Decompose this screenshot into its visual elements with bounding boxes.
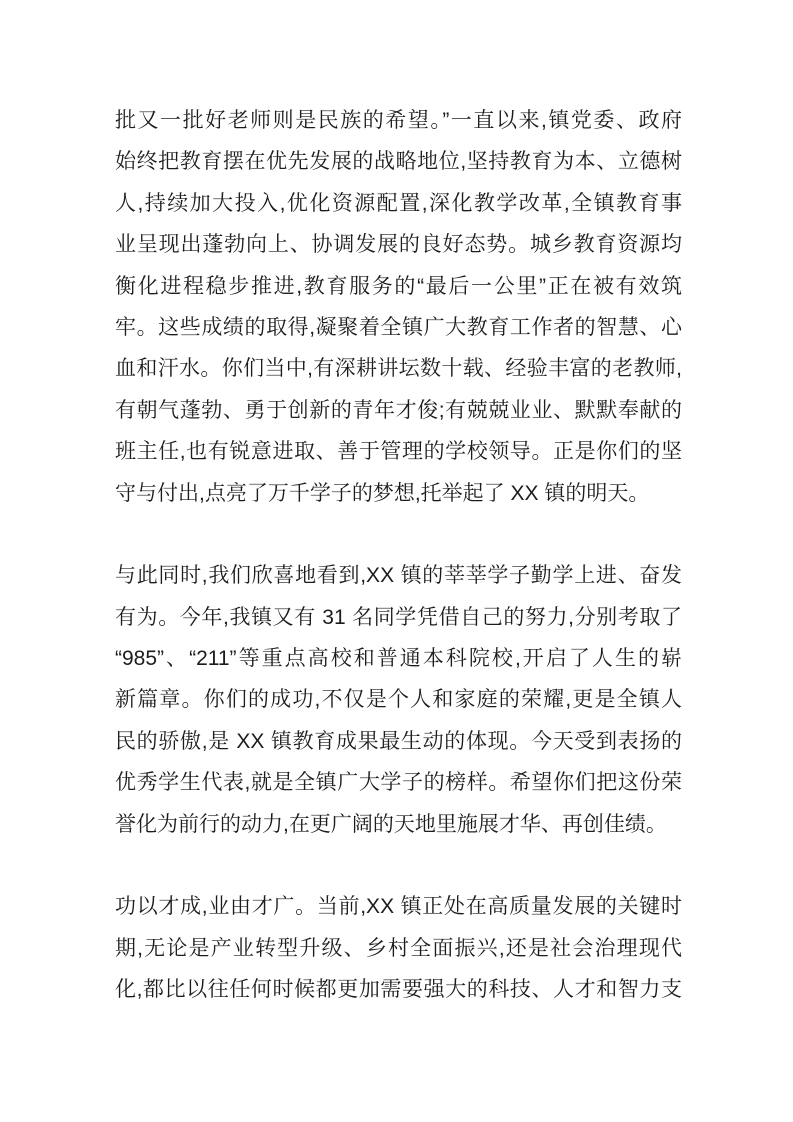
text-line: 有朝气蓬勃、勇于创新的青年才俊;有兢兢业业、默默奉献的 [115, 390, 682, 431]
text-line: 始终把教育摆在优先发展的战略地位,坚持教育为本、立德树 [115, 141, 682, 182]
text-line: 民的骄傲,是 XX 镇教育成果最生动的体现。今天受到表扬的 [115, 721, 682, 762]
text-line: 人,持续加大投入,优化资源配置,深化教学改革,全镇教育事 [115, 183, 682, 224]
text-line: 批又一批好老师则是民族的希望。”一直以来,镇党委、政府 [115, 100, 682, 141]
paragraph-3: 功以才成,业由才广。当前,XX 镇正处在高质量发展的关键时 期,无论是产业转型升… [115, 886, 682, 1010]
text-line: 业呈现出蓬勃向上、协调发展的良好态势。城乡教育资源均 [115, 224, 682, 265]
text-line: 优秀学生代表,就是全镇广大学子的榜样。希望你们把这份荣 [115, 762, 682, 803]
text-line: 誉化为前行的动力,在更广阔的天地里施展才华、再创佳绩。 [115, 804, 682, 845]
text-line: 血和汗水。你们当中,有深耕讲坛数十载、经验丰富的老教师, [115, 348, 682, 389]
document-page: 批又一批好老师则是民族的希望。”一直以来,镇党委、政府 始终把教育摆在优先发展的… [0, 0, 793, 1122]
text-line: 化,都比以往任何时候都更加需要强大的科技、人才和智力支 [115, 969, 682, 1010]
text-line: “985”、“211”等重点高校和普通本科院校,开启了人生的崭 [115, 638, 682, 679]
text-line: 牢。这些成绩的取得,凝聚着全镇广大教育工作者的智慧、心 [115, 307, 682, 348]
text-line: 功以才成,业由才广。当前,XX 镇正处在高质量发展的关键时 [115, 886, 682, 927]
text-line: 与此同时,我们欣喜地看到,XX 镇的莘莘学子勤学上进、奋发 [115, 555, 682, 596]
text-line: 有为。今年,我镇又有 31 名同学凭借自己的努力,分别考取了 [115, 597, 682, 638]
paragraph-1: 批又一批好老师则是民族的希望。”一直以来,镇党委、政府 始终把教育摆在优先发展的… [115, 100, 682, 514]
text-line: 守与付出,点亮了万千学子的梦想,托举起了 XX 镇的明天。 [115, 473, 682, 514]
text-line: 期,无论是产业转型升级、乡村全面振兴,还是社会治理现代 [115, 928, 682, 969]
text-line: 新篇章。你们的成功,不仅是个人和家庭的荣耀,更是全镇人 [115, 679, 682, 720]
paragraph-2: 与此同时,我们欣喜地看到,XX 镇的莘莘学子勤学上进、奋发 有为。今年,我镇又有… [115, 555, 682, 845]
text-line: 班主任,也有锐意进取、善于管理的学校领导。正是你们的坚 [115, 431, 682, 472]
text-line: 衡化进程稳步推进,教育服务的“最后一公里”正在被有效筑 [115, 266, 682, 307]
